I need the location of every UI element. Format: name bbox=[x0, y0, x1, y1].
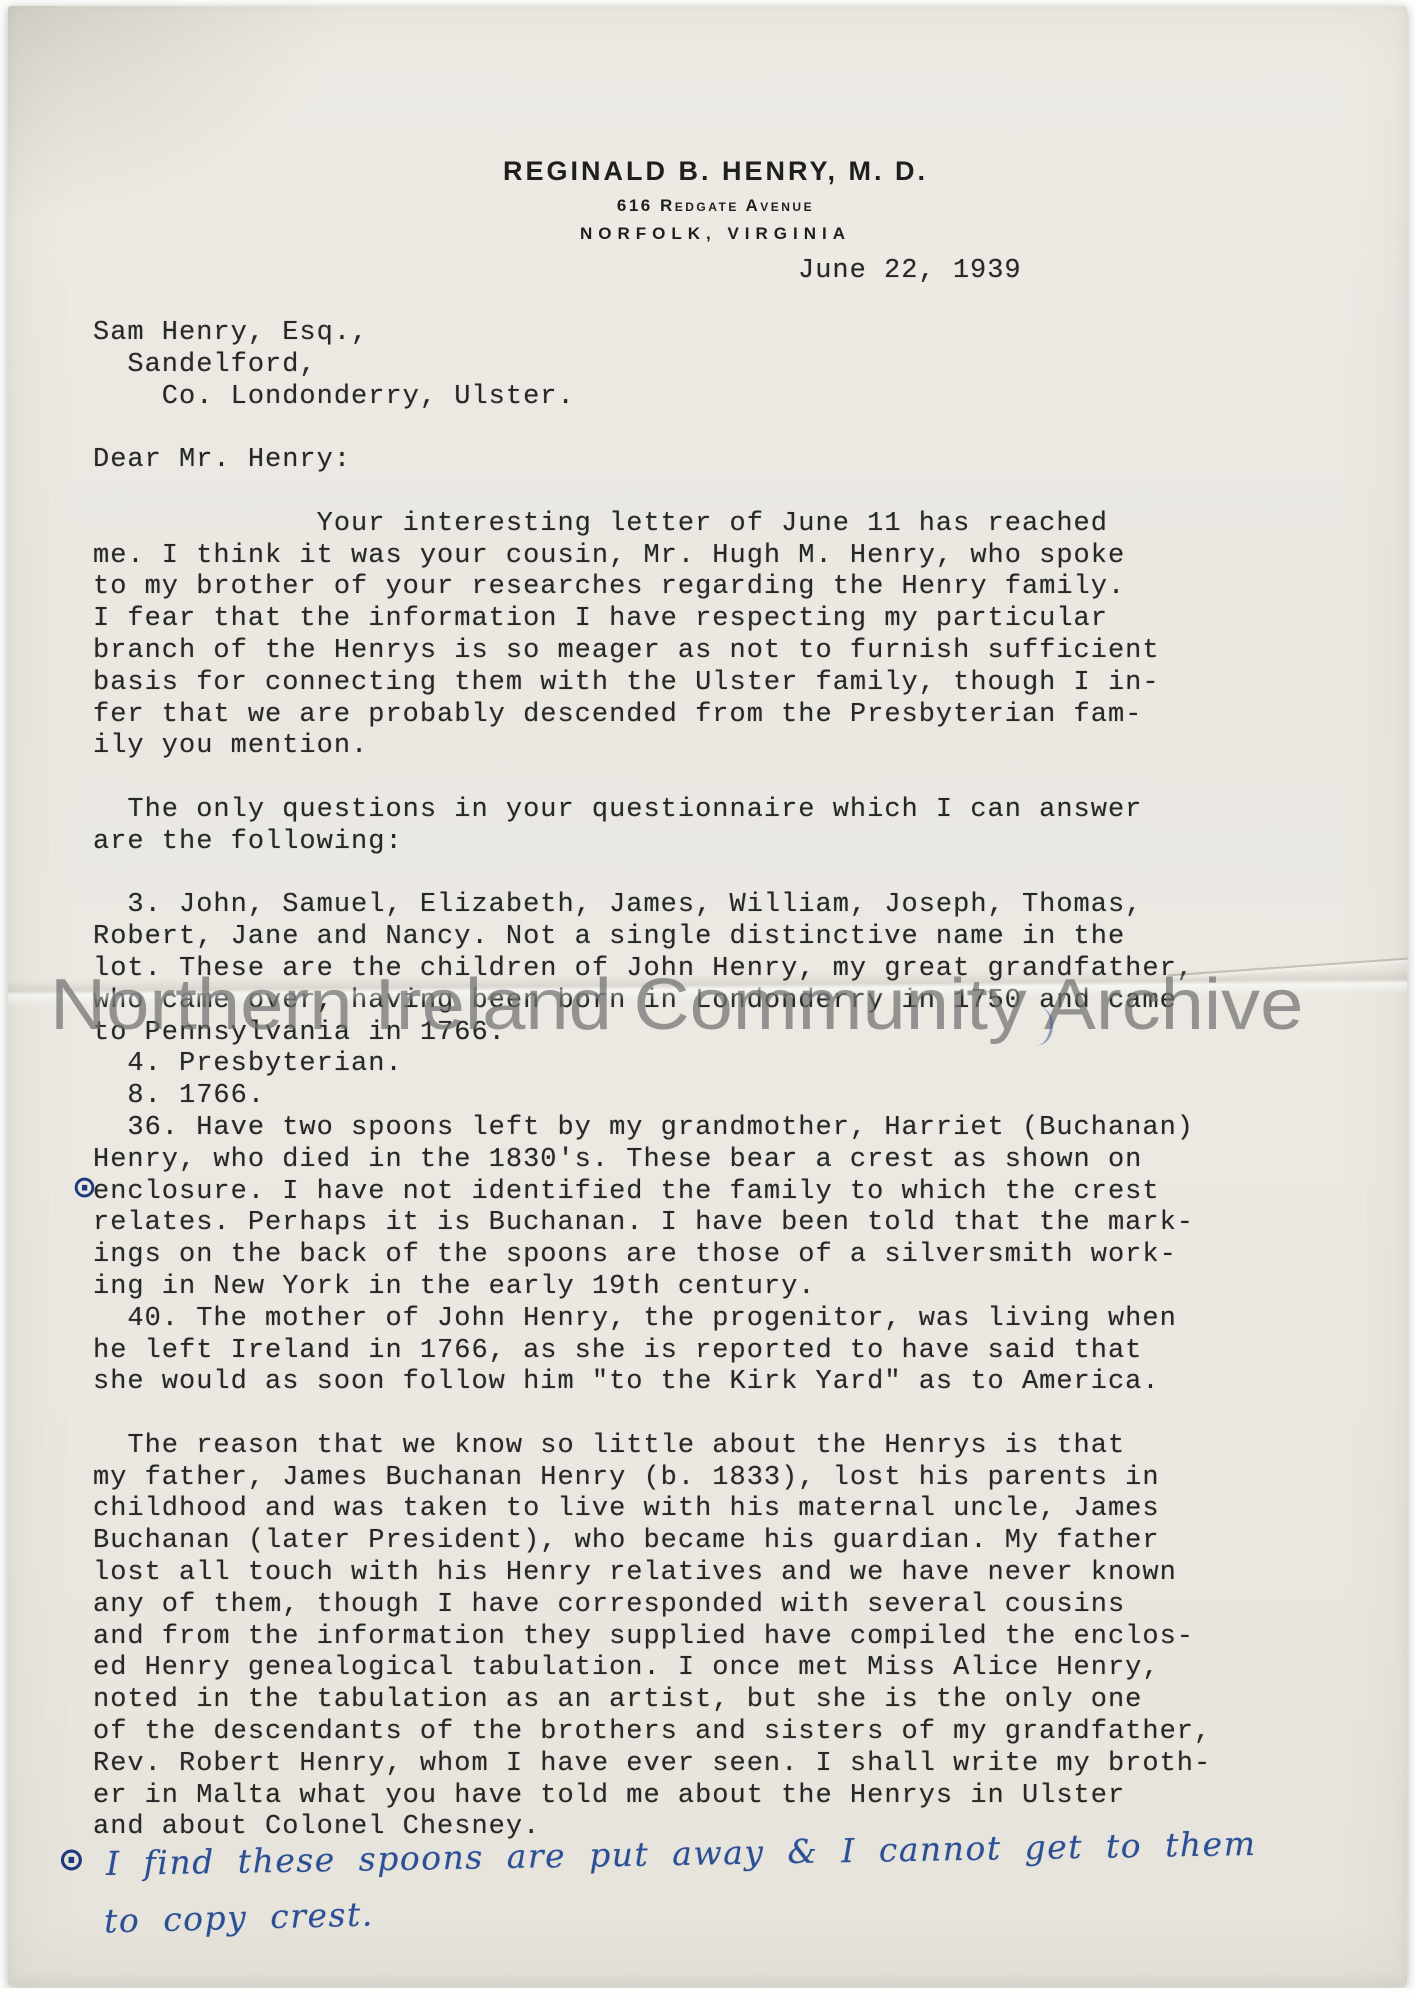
circled-dot-icon: ⊙ bbox=[72, 1170, 97, 1205]
letterhead-city: NORFOLK, VIRGINIA bbox=[8, 224, 1415, 244]
letterhead-street: 616 Redgate Avenue bbox=[8, 196, 1415, 216]
letter-page: REGINALD B. HENRY, M. D. 616 Redgate Ave… bbox=[8, 6, 1407, 1986]
handwritten-note-line-2: to copy crest. bbox=[104, 1894, 375, 1940]
circled-dot-icon: ⊙ bbox=[58, 1840, 85, 1878]
date-line: June 22, 1939 bbox=[798, 256, 1022, 286]
letterhead-name: REGINALD B. HENRY, M. D. bbox=[8, 156, 1415, 187]
letterhead: REGINALD B. HENRY, M. D. 616 Redgate Ave… bbox=[8, 156, 1415, 244]
scanner-background-strip bbox=[0, 1988, 1415, 2000]
typed-letter-body: Sam Henry, Esq., Sandelford, Co. Londond… bbox=[93, 318, 1211, 1844]
archive-watermark: Northern Ireland Community Archive bbox=[50, 964, 1415, 1046]
